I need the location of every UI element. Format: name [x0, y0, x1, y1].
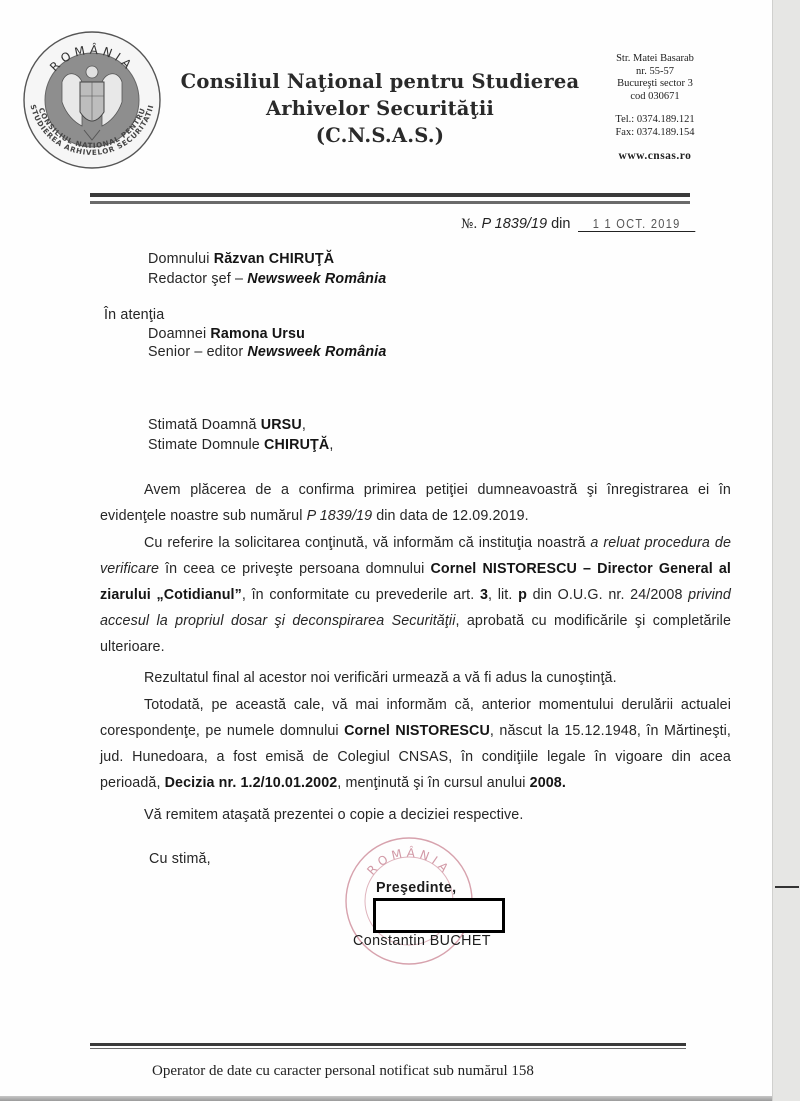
header-divider-thin — [90, 201, 690, 204]
viewer-edge-strip — [772, 0, 800, 1101]
page-bottom-shadow — [0, 1096, 772, 1101]
redacted-signature-box — [373, 898, 505, 933]
body-paragraph-5: Vă remitem ataşată prezentei o copie a d… — [100, 802, 731, 828]
fax: Fax: 0374.189.154 — [605, 127, 705, 140]
svg-text:ROMÂNIA: ROMÂNIA — [364, 845, 453, 878]
contact-block: Str. Matei Basarab nr. 55-57 Bucureşti s… — [605, 53, 705, 163]
body-paragraph-4: Totodată, pe această cale, vă mai inform… — [100, 692, 731, 796]
salutation-line-2: Stimate Domnule CHIRUŢĂ, — [148, 436, 334, 454]
address-postal: cod 030671 — [605, 91, 705, 104]
date-stamp: 1 1 OCT. 2019 — [578, 216, 695, 232]
phone: Tel.: 0374.189.121 — [605, 114, 705, 127]
website-link[interactable]: www.cnsas.ro — [605, 150, 705, 163]
registration-number: №. P 1839/19 din 1 1 OCT. 2019 — [461, 216, 716, 232]
body-paragraph-1: Avem plăcerea de a confirma primirea pet… — [100, 477, 731, 529]
footer-notice: Operator de date cu caracter personal no… — [152, 1063, 534, 1080]
address-street: Str. Matei Basarab — [605, 53, 705, 66]
attention-label: În atenţia — [104, 306, 164, 324]
body-paragraph-2: Cu referire la solicitarea conţinută, vă… — [100, 530, 731, 660]
signatory-title: Preşedinte, — [376, 880, 456, 896]
footer-divider — [90, 1043, 686, 1046]
header-divider — [90, 193, 690, 197]
recipient-primary-role: Redactor şef – Newsweek România — [148, 270, 386, 288]
address-city: Bucureşti sector 3 — [605, 78, 705, 91]
body-paragraph-3: Rezultatul final al acestor noi verifică… — [100, 665, 731, 691]
signatory-name: Constantin BUCHET — [353, 933, 491, 949]
salutation-line-1: Stimată Doamnă URSU, — [148, 416, 306, 434]
footer-divider-thin — [90, 1048, 686, 1049]
recipient-secondary: Doamnei Ramona Ursu — [148, 325, 305, 343]
document-page: ROMÂNIA CONSILIUL NATIONAL PENTRU STUDIE… — [0, 0, 772, 1096]
closing-regards: Cu stimă, — [149, 850, 211, 868]
recipient-secondary-role: Senior – editor Newsweek România — [148, 343, 386, 361]
address-number: nr. 55-57 — [605, 66, 705, 79]
reg-number-value: P 1839/19 — [481, 216, 547, 232]
organization-title: Consiliul Naţional pentru Studierea Arhi… — [160, 68, 600, 149]
recipient-primary: Domnului Răzvan CHIRUŢĂ — [148, 250, 334, 268]
cnsas-seal-logo: ROMÂNIA CONSILIUL NATIONAL PENTRU STUDIE… — [22, 30, 162, 170]
